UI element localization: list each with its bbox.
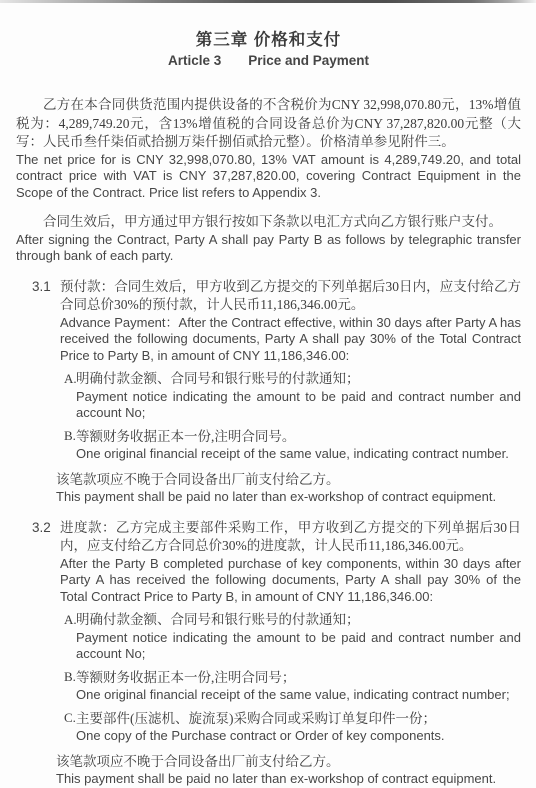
clause-3-2: 3.2 进度款：乙方完成主要部件采购工作，甲方收到乙方提交的下列单据后30日内，… [16,519,521,788]
document-label: B. [64,428,76,444]
clause-3-2-number: 3.2 [32,520,51,535]
document-text-en: One copy of the Purchase contract or Ord… [76,728,521,745]
clause-3-2-document-c: C. 主要部件(压滤机、旋流泵)采购合同或采购订单复印件一份； One copy… [16,710,521,745]
chapter-header: 第三章 价格和支付 Article 3Price and Payment [16,30,521,70]
document-label: C. [64,710,76,726]
clause-3-2-text-en: After the Party B completed purchase of … [60,556,521,606]
chapter-title-en: Article 3Price and Payment [16,52,521,70]
clause-3-1-number: 3.1 [32,279,51,294]
intro-paragraph-en: The net price for is CNY 32,998,070.80, … [16,152,521,202]
article-number-label: Article 3 [168,53,221,68]
payment-intro-zh: 合同生效后，甲方通过甲方银行按如下条款以电汇方式向乙方银行账户支付。 [16,213,521,232]
clause-note-zh: 该笔款项应不晚于合同设备出厂前支付给乙方。 [56,753,521,772]
clause-3-1-document-a: A. 明确付款金额、合同号和银行账号的付款通知； Payment notice … [16,370,521,422]
document-label: A. [64,612,77,628]
article-title-text: Price and Payment [248,53,369,68]
clause-note-zh: 该笔款项应不晚于合同设备出厂前支付给乙方。 [56,471,521,490]
clause-3-2-head: 3.2 进度款：乙方完成主要部件采购工作，甲方收到乙方提交的下列单据后30日内，… [16,519,521,606]
contract-page: 第三章 价格和支付 Article 3Price and Payment 乙方在… [0,0,536,788]
document-label: B. [64,669,76,685]
clause-3-1-text-zh: 预付款：合同生效后，甲方收到乙方提交的下列单据后30日内，应支付给乙方合同总价3… [60,278,521,315]
document-text-zh: 明确付款金额、合同号和银行账号的付款通知； [76,611,521,630]
clause-3-2-document-a: A. 明确付款金额、合同号和银行账号的付款通知； Payment notice … [16,611,521,663]
clause-note-en: This payment shall be paid no later than… [56,771,521,788]
clause-3-2-note: 该笔款项应不晚于合同设备出厂前支付给乙方。 This payment shall… [56,753,521,788]
clause-3-1-text-en: Advance Payment：After the Contract effec… [60,315,521,365]
document-text-zh: 明确付款金额、合同号和银行账号的付款通知； [76,370,521,389]
document-text-zh: 等额财务收据正本一份,注明合同号。 [76,428,521,447]
clause-3-1-head: 3.1 预付款：合同生效后，甲方收到乙方提交的下列单据后30日内，应支付给乙方合… [16,278,521,365]
document-text-en: Payment notice indicating the amount to … [76,389,521,422]
document-text-zh: 等额财务收据正本一份,注明合同号； [76,669,521,688]
document-text-en: One original financial receipt of the sa… [76,446,521,463]
clause-3-1-note: 该笔款项应不晚于合同设备出厂前支付给乙方。 This payment shall… [56,471,521,506]
clause-3-1-document-b: B. 等额财务收据正本一份,注明合同号。 One original financ… [16,428,521,463]
document-text-zh: 主要部件(压滤机、旋流泵)采购合同或采购订单复印件一份； [76,710,521,729]
clause-3-1: 3.1 预付款：合同生效后，甲方收到乙方提交的下列单据后30日内，应支付给乙方合… [16,278,521,506]
chapter-title-zh: 第三章 价格和支付 [16,30,521,50]
payment-intro-en: After signing the Contract, Party A shal… [16,232,521,265]
document-text-en: Payment notice indicating the amount to … [76,630,521,663]
clause-note-en: This payment shall be paid no later than… [56,489,521,506]
document-label: A. [64,371,77,387]
intro-paragraph-zh: 乙方在本合同供货范围内提供设备的不含税价为CNY 32,998,070.80元，… [16,96,521,152]
clause-3-2-document-b: B. 等额财务收据正本一份,注明合同号； One original financ… [16,669,521,704]
document-text-en: One original financial receipt of the sa… [76,687,521,704]
scan-edge-artifact [0,0,536,3]
clause-3-2-text-zh: 进度款：乙方完成主要部件采购工作，甲方收到乙方提交的下列单据后30日内，应支付给… [60,519,521,556]
payment-intro-block: 合同生效后，甲方通过甲方银行按如下条款以电汇方式向乙方银行账户支付。 After… [16,213,521,265]
